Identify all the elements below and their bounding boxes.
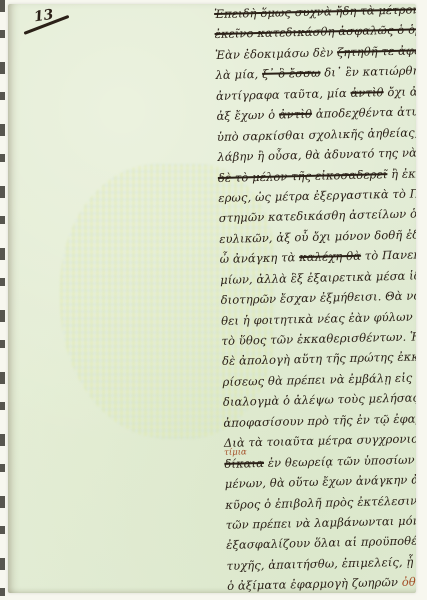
struck-text: καλέχη θὰ (299, 249, 361, 264)
struck-text: δὲ τὸ μέλον τῆς εἰκοσαδερεῖ (218, 167, 388, 185)
struck-text: ἀντὶθ (279, 107, 312, 122)
handwritten-text: τὸ Πανεπιστη- (361, 247, 416, 263)
handwritten-text: λὰ μία, (215, 67, 262, 82)
handwritten-text: ὁ ἀξίματα ἐφαρμογὴ ζωηρῶν (227, 575, 402, 593)
handwritten-text: ἀποδεχθέντα ἀτυχῆ (312, 104, 416, 121)
inserted-correction: τίμια (224, 447, 247, 458)
handwritten-text-column: Ἐπειδὴ ὅμως συχνὰ ἤδη τὰ μέτρονἐκεῖνο κα… (214, 4, 416, 593)
struck-text: ἀντὶθ (350, 85, 383, 100)
handwritten-text: ὄχι ἀμέσως (383, 83, 416, 99)
handwritten-text: δι᾽ ἓν κατιώρθη τὸ (320, 63, 416, 80)
handwritten-text: ἐν θεωρείᾳ τῶν ὑποσίων δεδο- (264, 451, 416, 469)
struck-text: Ἐπειδὴ ὅμως συχνὰ ἤδη τὰ μέτρον (214, 4, 416, 21)
page-number-block: 13 (18, 6, 88, 46)
struck-text: ζητηθῆ τε ἀφοῦ (337, 43, 416, 59)
scanner-edge-artifacts (0, 0, 5, 600)
struck-text: δίκαια (224, 456, 264, 471)
handwritten-text: ἀντίγραφα ταῦτα, μία (216, 86, 351, 103)
scanned-page-background: 13 Ἐπειδὴ ὅμως συχνὰ ἤδη τὰ μέτρονἐκεῖνο… (0, 0, 427, 600)
handwritten-text: ὀθίων, Λιγα. (402, 573, 416, 589)
manuscript-paper: 13 Ἐπειδὴ ὅμως συχνὰ ἤδη τὰ μέτρονἐκεῖνο… (8, 4, 416, 593)
handwritten-text: ἢ ἐκκαθι- (387, 165, 416, 180)
handwritten-text: ὦ ἀνάγκη τὰ (220, 250, 300, 266)
handwritten-text: ἀξ ἔχων ὁ (216, 108, 279, 123)
struck-text: ξ᾽ ὃ ἔσσω (262, 66, 321, 81)
handwritten-text: Ἐὰν ἐδοκιμάσω δὲν (215, 45, 337, 62)
